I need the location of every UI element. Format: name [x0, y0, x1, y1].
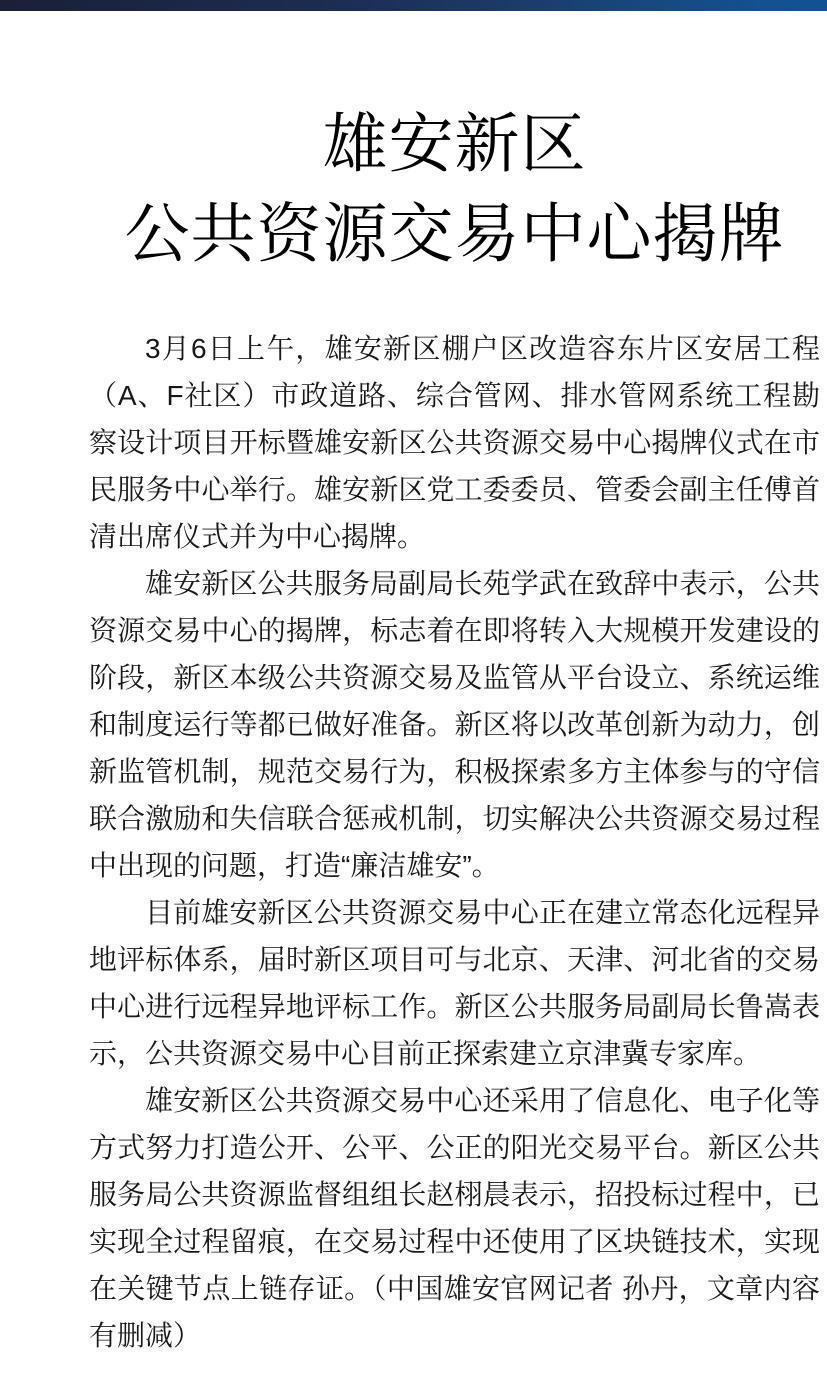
article-title-line2: 公共资源交易中心揭牌: [89, 190, 820, 280]
article-paragraph: 目前雄安新区公共资源交易中心正在建立常态化远程异地评标体系，届时新区项目可与北京…: [89, 889, 820, 1077]
article-paragraph: 雄安新区公共资源交易中心还采用了信息化、电子化等方式努力打造公开、公平、公正的阳…: [89, 1077, 820, 1359]
article-body: 3月6日上午，雄安新区棚户区改造容东片区安居工程（A、F社区）市政道路、综合管网…: [89, 325, 820, 1359]
article-title: 雄安新区 公共资源交易中心揭牌: [89, 100, 820, 280]
article-page: 雄安新区 公共资源交易中心揭牌 3月6日上午，雄安新区棚户区改造容东片区安居工程…: [0, 0, 827, 1395]
article-paragraph: 3月6日上午，雄安新区棚户区改造容东片区安居工程（A、F社区）市政道路、综合管网…: [89, 325, 820, 560]
top-banner-strip: [0, 0, 827, 11]
article-title-line1: 雄安新区: [89, 100, 820, 190]
article-container: 雄安新区 公共资源交易中心揭牌 3月6日上午，雄安新区棚户区改造容东片区安居工程…: [0, 100, 827, 1359]
article-paragraph: 雄安新区公共服务局副局长苑学武在致辞中表示，公共资源交易中心的揭牌，标志着在即将…: [89, 560, 820, 889]
